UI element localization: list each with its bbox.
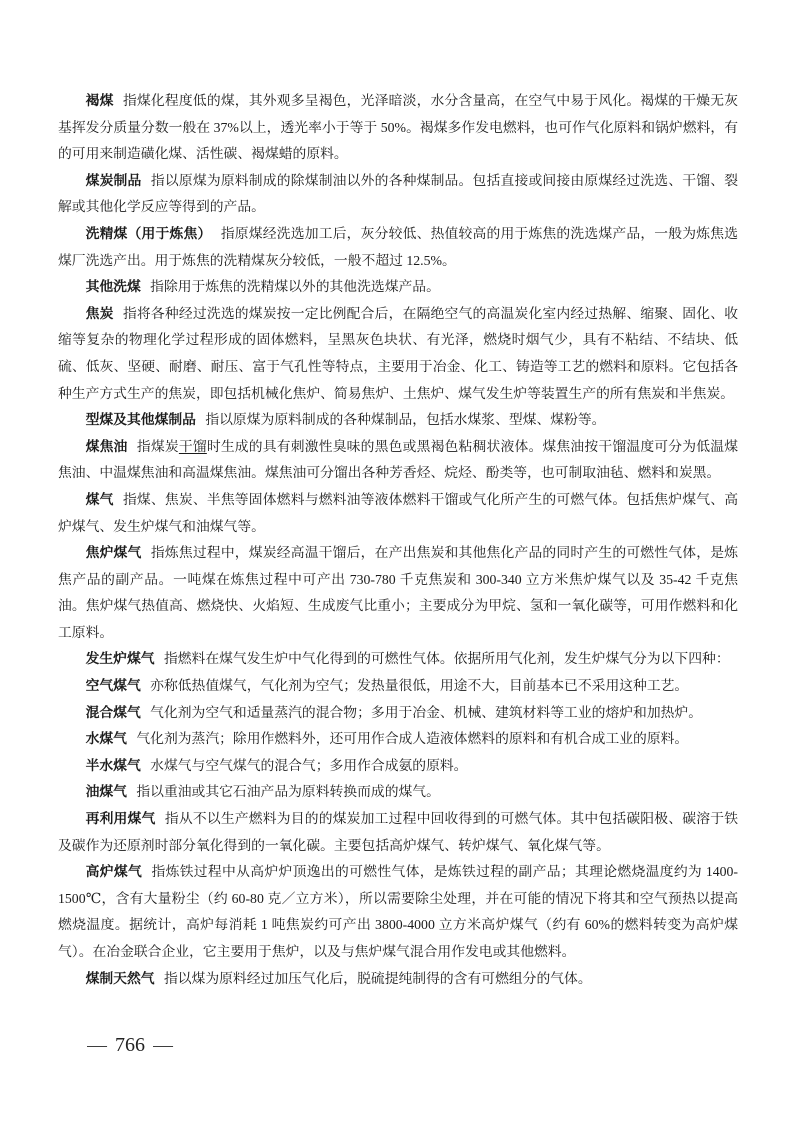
- entry-term: 焦炭: [86, 306, 114, 321]
- entry-definition: 指炼焦过程中，煤炭经高温干馏后，在产出焦炭和其他焦化产品的同时产生的可燃性气体，…: [58, 545, 738, 640]
- entry-definition: 指从不以生产燃料为目的的煤炭加工过程中回收得到的可燃气体。其中包括碳阳极、碳溶于…: [58, 811, 738, 853]
- glossary-entry: 水煤气气化剂为蒸汽；除用作燃料外，还可用作合成人造液体燃料的原料和有机合成工业的…: [58, 726, 738, 753]
- glossary-entry: 空气煤气亦称低热值煤气，气化剂为空气；发热量很低，用途不大，目前基本已不采用这种…: [58, 673, 738, 700]
- entry-definition: 指以原煤为原料制成的除煤制油以外的各种煤制品。包括直接或间接由原煤经过洗选、干馏…: [58, 173, 738, 215]
- entry-term: 空气煤气: [86, 678, 141, 693]
- glossary-entry: 煤焦油指煤炭干馏时生成的具有刺激性臭味的黑色或黑褐色粘稠状液体。煤焦油按干馏温度…: [58, 434, 738, 487]
- definition-text: 指煤炭: [137, 439, 179, 454]
- entry-definition: 指除用于炼焦的洗精煤以外的其他洗选煤产品。: [150, 279, 440, 294]
- entry-term: 煤炭制品: [86, 173, 142, 188]
- page-number-dash-left: —: [87, 1033, 107, 1057]
- glossary-entry: 发生炉煤气指燃料在煤气发生炉中气化得到的可燃性气体。依据所用气化剂，发生炉煤气分…: [58, 646, 738, 673]
- entry-term: 煤制天然气: [86, 971, 155, 986]
- document-page: 褐煤指煤化程度低的煤，其外观多呈褐色，光泽暗淡，水分含量高，在空气中易于风化。褐…: [0, 0, 793, 1122]
- page-number-dash-right: —: [153, 1033, 173, 1057]
- glossary-entry: 其他洗煤指除用于炼焦的洗精煤以外的其他洗选煤产品。: [58, 274, 738, 301]
- entry-definition: 指煤、焦炭、半焦等固体燃料与燃料油等液体燃料干馏或气化所产生的可燃气体。包括焦炉…: [58, 492, 738, 534]
- entry-definition: 水煤气与空气煤气的混合气；多用作合成氨的原料。: [150, 758, 467, 773]
- entry-definition: 亦称低热值煤气，气化剂为空气；发热量很低，用途不大，目前基本已不采用这种工艺。: [150, 678, 688, 693]
- glossary-entry: 褐煤指煤化程度低的煤，其外观多呈褐色，光泽暗淡，水分含量高，在空气中易于风化。褐…: [58, 88, 738, 168]
- entry-definition: 指以原煤为原料制成的各种煤制品，包括水煤浆、型煤、煤粉等。: [205, 412, 605, 427]
- entry-term: 型煤及其他煤制品: [86, 412, 196, 427]
- page-number: — 766 —: [88, 1033, 172, 1057]
- entry-term: 焦炉煤气: [86, 545, 142, 560]
- glossary-entry: 再利用煤气指从不以生产燃料为目的的煤炭加工过程中回收得到的可燃气体。其中包括碳阳…: [58, 806, 738, 859]
- entry-definition: 指将各种经过洗选的煤炭按一定比例配合后，在隔绝空气的高温炭化室内经过热解、缩聚、…: [58, 306, 738, 401]
- entry-definition: 指以煤为原料经过加压气化后，脱硫提纯制得的含有可燃组分的气体。: [164, 971, 592, 986]
- glossary-entry: 半水煤气水煤气与空气煤气的混合气；多用作合成氨的原料。: [58, 753, 738, 780]
- glossary-entry: 高炉煤气指炼铁过程中从高炉炉顶逸出的可燃性气体，是炼铁过程的副产品；其理论燃烧温…: [58, 859, 738, 965]
- entry-definition: 指煤化程度低的煤，其外观多呈褐色，光泽暗淡，水分含量高，在空气中易于风化。褐煤的…: [58, 93, 738, 161]
- entry-definition: 指以重油或其它石油产品为原料转换而成的煤气。: [136, 784, 440, 799]
- entry-term: 再利用煤气: [86, 811, 156, 826]
- entry-term: 煤气: [86, 492, 114, 507]
- entry-term: 半水煤气: [86, 758, 141, 773]
- glossary-entry: 洗精煤（用于炼焦）指原煤经洗选加工后，灰分较低、热值较高的用于炼焦的洗选煤产品，…: [58, 221, 738, 274]
- entry-term: 洗精煤（用于炼焦）: [86, 226, 212, 241]
- glossary-entry: 油煤气指以重油或其它石油产品为原料转换而成的煤气。: [58, 779, 738, 806]
- entry-term: 混合煤气: [86, 705, 141, 720]
- entry-term: 发生炉煤气: [86, 651, 155, 666]
- glossary-entry: 煤炭制品指以原煤为原料制成的除煤制油以外的各种煤制品。包括直接或间接由原煤经过洗…: [58, 168, 738, 221]
- glossary-entry: 煤气指煤、焦炭、半焦等固体燃料与燃料油等液体燃料干馏或气化所产生的可燃气体。包括…: [58, 487, 738, 540]
- entry-term: 煤焦油: [86, 439, 128, 454]
- entry-term: 高炉煤气: [86, 864, 142, 879]
- glossary-entry: 型煤及其他煤制品指以原煤为原料制成的各种煤制品，包括水煤浆、型煤、煤粉等。: [58, 407, 738, 434]
- glossary-content: 褐煤指煤化程度低的煤，其外观多呈褐色，光泽暗淡，水分含量高，在空气中易于风化。褐…: [58, 88, 738, 992]
- entry-term: 褐煤: [86, 93, 114, 108]
- entry-definition: 指煤炭干馏时生成的具有刺激性臭味的黑色或黑褐色粘稠状液体。煤焦油按干馏温度可分为…: [58, 439, 738, 481]
- entry-definition: 指炼铁过程中从高炉炉顶逸出的可燃性气体，是炼铁过程的副产品；其理论燃烧温度约为 …: [58, 864, 738, 959]
- glossary-entry: 焦炭指将各种经过洗选的煤炭按一定比例配合后，在隔绝空气的高温炭化室内经过热解、缩…: [58, 301, 738, 407]
- entry-definition: 气化剂为蒸汽；除用作燃料外，还可用作合成人造液体燃料的原料和有机合成工业的原料。: [136, 731, 688, 746]
- entry-definition: 气化剂为空气和适量蒸汽的混合物；多用于冶金、机械、建筑材料等工业的熔炉和加热炉。: [150, 705, 702, 720]
- entry-term: 其他洗煤: [86, 279, 141, 294]
- entry-definition: 指燃料在煤气发生炉中气化得到的可燃性气体。依据所用气化剂，发生炉煤气分为以下四种…: [164, 651, 730, 666]
- underlined-text: 干馏: [179, 439, 207, 454]
- entry-term: 油煤气: [86, 784, 127, 799]
- glossary-entry: 焦炉煤气指炼焦过程中，煤炭经高温干馏后，在产出焦炭和其他焦化产品的同时产生的可燃…: [58, 540, 738, 646]
- page-number-value: 766: [115, 1033, 145, 1057]
- glossary-entry: 混合煤气气化剂为空气和适量蒸汽的混合物；多用于冶金、机械、建筑材料等工业的熔炉和…: [58, 700, 738, 727]
- glossary-entry: 煤制天然气指以煤为原料经过加压气化后，脱硫提纯制得的含有可燃组分的气体。: [58, 966, 738, 993]
- entry-term: 水煤气: [86, 731, 127, 746]
